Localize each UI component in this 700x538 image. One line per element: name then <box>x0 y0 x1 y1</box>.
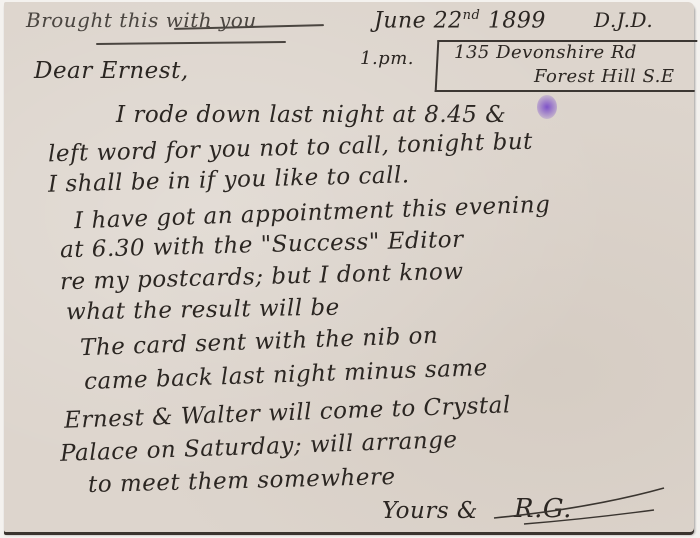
initials: D.J.D. <box>594 8 653 32</box>
date-day-month: June 22 <box>374 8 463 33</box>
body-line: what the result will be <box>66 295 340 326</box>
address-line-2: Forest Hill S.E <box>534 66 675 87</box>
body-line: Palace on Saturday; will arrange <box>60 427 458 467</box>
purple-ink-stamp <box>537 95 557 119</box>
body-line: re my postcards; but I dont know <box>60 259 464 296</box>
body-line: came back last night minus same <box>84 355 489 395</box>
date-ordinal: nd <box>463 8 481 23</box>
date-year: 1899 <box>488 8 546 33</box>
time: 1.pm. <box>360 48 414 69</box>
date: June 22nd 1899 <box>374 8 546 33</box>
address-line-1: 135 Devonshire Rd <box>454 42 637 63</box>
body-line: left word for you not to call, tonight b… <box>48 129 533 168</box>
body-line: The card sent with the nib on <box>80 323 439 361</box>
salutation: Dear Ernest, <box>34 58 189 84</box>
body-line: I shall be in if you like to call. <box>48 162 410 197</box>
header-underline <box>96 41 286 45</box>
body-line: to meet them somewhere <box>88 464 396 498</box>
body-line: I rode down last night at 8.45 & <box>116 102 506 128</box>
postcard: Brought this with you June 22nd 1899 D.J… <box>4 2 694 532</box>
body-line: I have got an appointment this evening <box>74 192 551 235</box>
signature-flourish <box>374 480 674 530</box>
